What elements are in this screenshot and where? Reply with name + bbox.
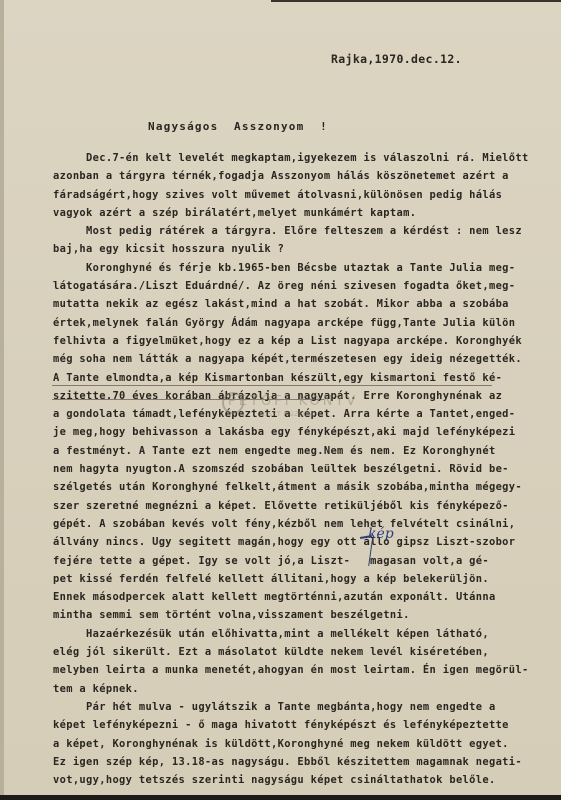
text-line: Pár hét mulva - ugylátszik a Tante megbá… [53,698,529,716]
text-line: még soha nem látták a nagyapa képét,term… [53,350,529,368]
text-line: pet kissé ferdén felfelé kellett állitan… [53,570,529,588]
letter-page: Rajka,1970.dec.12. Nagyságos Asszonyom !… [0,0,561,795]
text-line: vagyok azért a szép birálatért,melyet mu… [53,204,529,222]
text-line: Ennek másodpercek alatt kellett megtörté… [53,588,529,606]
watermark-subtitle: LISZT MÚZEUM [262,411,314,418]
text-line: fejére tette a gépet. Igy se volt jó,a L… [53,552,529,570]
text-line: mintha semmi sem történt volna,visszamen… [53,606,529,624]
text-line: Ez igen szép kép, 13.18-as nagyságu. Ebb… [53,753,529,771]
text-line: Koronghyné és férje kb.1965-ben Bécsbe u… [53,259,529,277]
scan-top-edge [271,0,561,2]
text-line: a képet, Koronghynénak is küldött,Korong… [53,735,529,753]
text-line: baj,ha egy kicsit hosszura nyulik ? [53,240,529,258]
watermark: PETŐFI KÖNYV [228,394,358,409]
text-line: nem hagyta nyugton.A szomszéd szobában l… [53,460,529,478]
text-line: Hazaérkezésük után előhivatta,mint a mel… [53,625,529,643]
text-line: Dec.7-én kelt levelét megkaptam,igyekeze… [53,149,529,167]
letter-body: Dec.7-én kelt levelét megkaptam,igyekeze… [53,149,529,789]
text-line: látogatására./Liszt Eduárdné/. Az öreg n… [53,277,529,295]
text-line: je meg,hogy behivasson a lakásba egy fén… [53,423,529,441]
text-line: gépét. A szobában kevés volt fény,kézből… [53,515,529,533]
text-line: szélgetés után Koronghyné felkelt,átment… [53,478,529,496]
text-line: vot,ugy,hogy tetszés szerinti nagyságu k… [53,771,529,789]
text-line: a festményt. A Tante ezt nem engedte meg… [53,442,529,460]
text-line: melyben leirta a munka menetét,ahogyan é… [53,661,529,679]
place-date: Rajka,1970.dec.12. [331,52,462,66]
scan-bottom-edge [0,795,561,800]
text-line: Most pedig rátérek a tárgyra. Előre felt… [53,222,529,240]
text-line: értek,melynek falán György Ádám nagyapa … [53,314,529,332]
text-line: állvány nincs. Ugy segitett magán,hogy e… [53,533,529,551]
text-line: felhivta a figyelmüket,hogy ez a kép a L… [53,332,529,350]
text-line: képet lefényképezni - ő maga hivatott fé… [53,716,529,734]
text-line: azonban a tárgyra térnék,fogadja Asszony… [53,167,529,185]
text-line: mutatta nekik az egész lakást,mind a hat… [53,295,529,313]
salutation: Nagyságos Asszonyom ! [148,120,328,133]
text-line: elég jól sikerült. Ezt a másolatot küldt… [53,643,529,661]
text-line: tem a képnek. [53,680,529,698]
pencil-underline [52,385,492,386]
text-line: fáradságért,hogy szives volt művemet áto… [53,186,529,204]
text-line: szer szeretné megnézni a képet. Elővette… [53,497,529,515]
page-left-edge [0,0,4,795]
